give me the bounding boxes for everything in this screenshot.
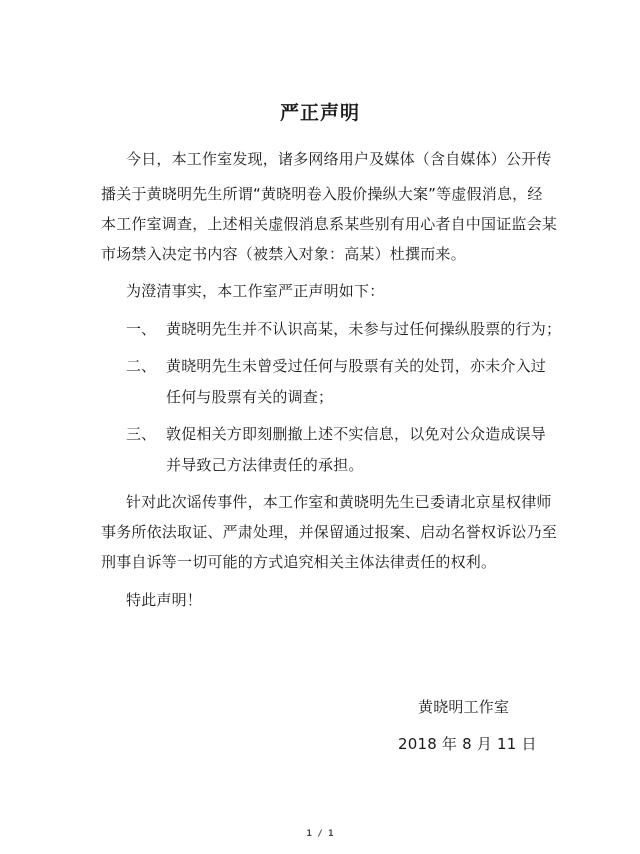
signature-date: 2018 年 8 月 11 日 (398, 733, 537, 754)
list-number: 一、 (126, 318, 156, 339)
list-number: 二、 (126, 355, 156, 376)
page-indicator: 1 / 1 (0, 829, 640, 839)
list-item-line: 敦促相关方即刻删撤上述不实信息，以免对公众造成误导 (166, 423, 546, 444)
list-number: 三、 (126, 423, 156, 444)
list-item-line: 黄晓明先生未曾受过任何与股票有关的处罚，亦未介入过 (166, 355, 546, 376)
paragraph-intro: 为澄清事实，本工作室严正声明如下： (126, 280, 384, 301)
paragraph-line: 市场禁入决定书内容（被禁入对象：高某）杜撰而来。 (101, 243, 466, 264)
signature: 黄晓明工作室 (418, 696, 509, 717)
paragraph-line: 播关于黄晓明先生所谓“黄晓明卷入股价操纵大案”等虚假消息，经 (101, 183, 543, 204)
paragraph-line: 本工作室调查，上述相关虚假消息系某些别有用心者自中国证监会某 (101, 213, 557, 234)
paragraph-line: 事务所依法取证、严肃处理，并保留通过报案、启动名誉权诉讼乃至 (101, 521, 557, 542)
list-item-line: 黄晓明先生并不认识高某，未参与过任何操纵股票的行为； (166, 318, 561, 339)
list-item-line: 任何与股票有关的调查； (166, 386, 333, 407)
paragraph-line: 刑事自诉等一切可能的方式追究相关主体法律责任的权利。 (101, 551, 496, 572)
closing-statement: 特此声明！ (126, 589, 202, 610)
document-title: 严正声明 (0, 98, 640, 125)
paragraph-line: 今日，本工作室发现，诸多网络用户及媒体（含自媒体）公开传 (126, 148, 552, 169)
paragraph-line: 针对此次谣传事件，本工作室和黄晓明先生已委请北京星权律师 (126, 491, 552, 512)
list-item-line: 并导致己方法律责任的承担。 (166, 454, 364, 475)
